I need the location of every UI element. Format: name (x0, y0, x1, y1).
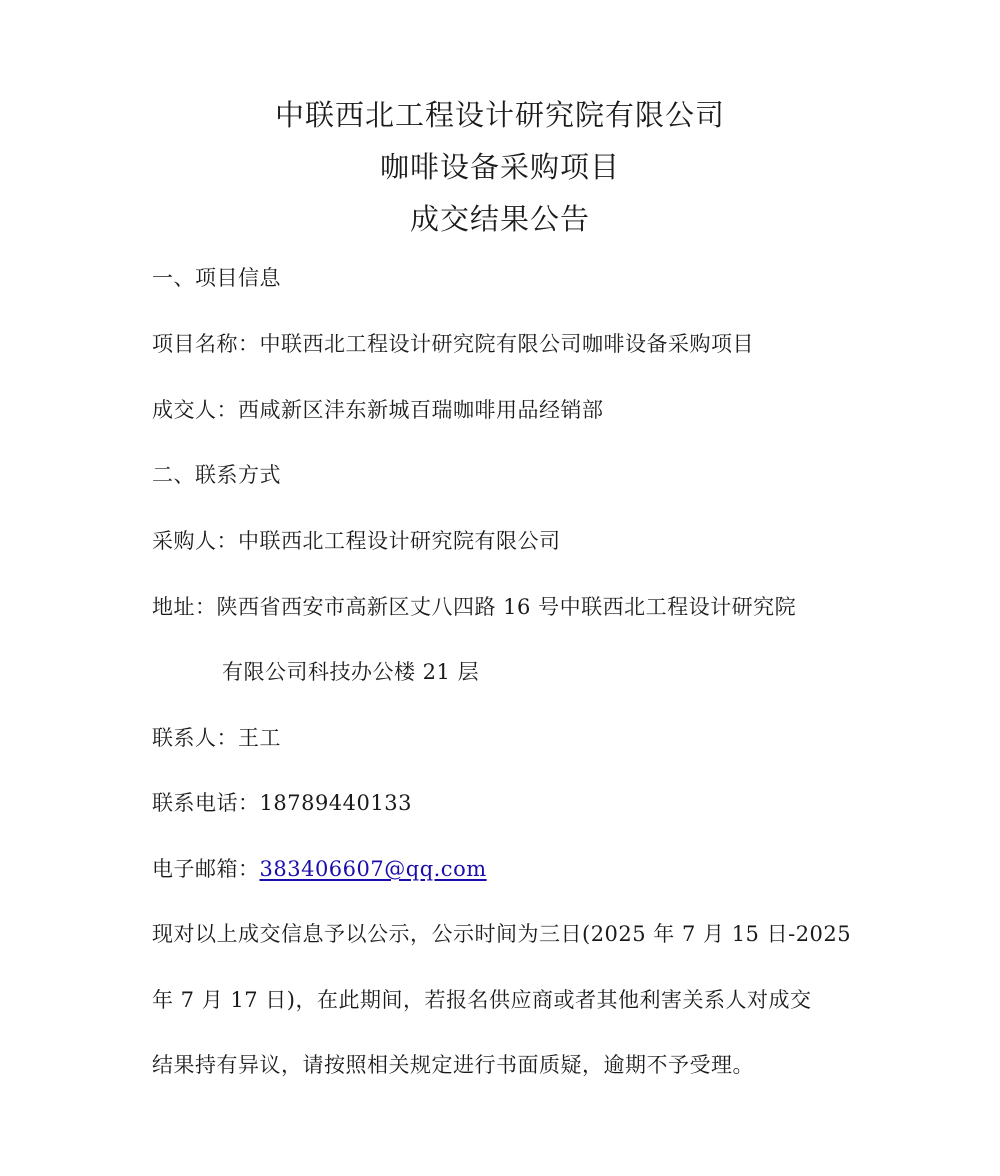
purchaser-row: 采购人：中联西北工程设计研究院有限公司 (152, 526, 561, 556)
section-heading-contact: 二、联系方式 (152, 460, 281, 490)
phone-label: 联系电话： (152, 791, 260, 815)
contact-person-value: 王工 (238, 726, 281, 750)
project-name-value: 中联西北工程设计研究院有限公司咖啡设备采购项目 (260, 332, 755, 356)
address-label: 地址： (152, 595, 217, 619)
address-line-2: 有限公司科技办公楼 21 层 (222, 657, 479, 687)
winner-value: 西咸新区沣东新城百瑞咖啡用品经销部 (238, 398, 604, 422)
email-row: 电子邮箱：383406607@qq.com (152, 854, 487, 884)
purchaser-label: 采购人： (152, 529, 238, 553)
contact-person-label: 联系人： (152, 726, 238, 750)
project-name-row: 项目名称：中联西北工程设计研究院有限公司咖啡设备采购项目 (152, 329, 754, 359)
notice-line-1: 现对以上成交信息予以公示，公示时间为三日(2025 年 7 月 15 日-202… (152, 919, 851, 949)
title-company: 中联西北工程设计研究院有限公司 (0, 95, 1000, 135)
email-label: 电子邮箱： (152, 857, 260, 881)
project-name-label: 项目名称： (152, 332, 260, 356)
winner-label: 成交人： (152, 398, 238, 422)
address-line-1: 陕西省西安市高新区丈八四路 16 号中联西北工程设计研究院 (217, 595, 797, 619)
phone-row: 联系电话：18789440133 (152, 788, 412, 818)
notice-line-2: 年 7 月 17 日)，在此期间，若报名供应商或者其他利害关系人对成交 (152, 985, 811, 1015)
email-link[interactable]: 383406607@qq.com (260, 857, 487, 881)
notice-line-3: 结果持有异议，请按照相关规定进行书面质疑，逾期不予受理。 (152, 1050, 754, 1080)
title-project: 咖啡设备采购项目 (0, 147, 1000, 187)
contact-person-row: 联系人：王工 (152, 723, 281, 753)
title-announcement: 成交结果公告 (0, 199, 1000, 239)
address-row: 地址：陕西省西安市高新区丈八四路 16 号中联西北工程设计研究院 (152, 592, 796, 622)
phone-value: 18789440133 (260, 791, 412, 815)
section-heading-project-info: 一、项目信息 (152, 263, 281, 293)
purchaser-value: 中联西北工程设计研究院有限公司 (238, 529, 561, 553)
winner-row: 成交人：西咸新区沣东新城百瑞咖啡用品经销部 (152, 395, 604, 425)
